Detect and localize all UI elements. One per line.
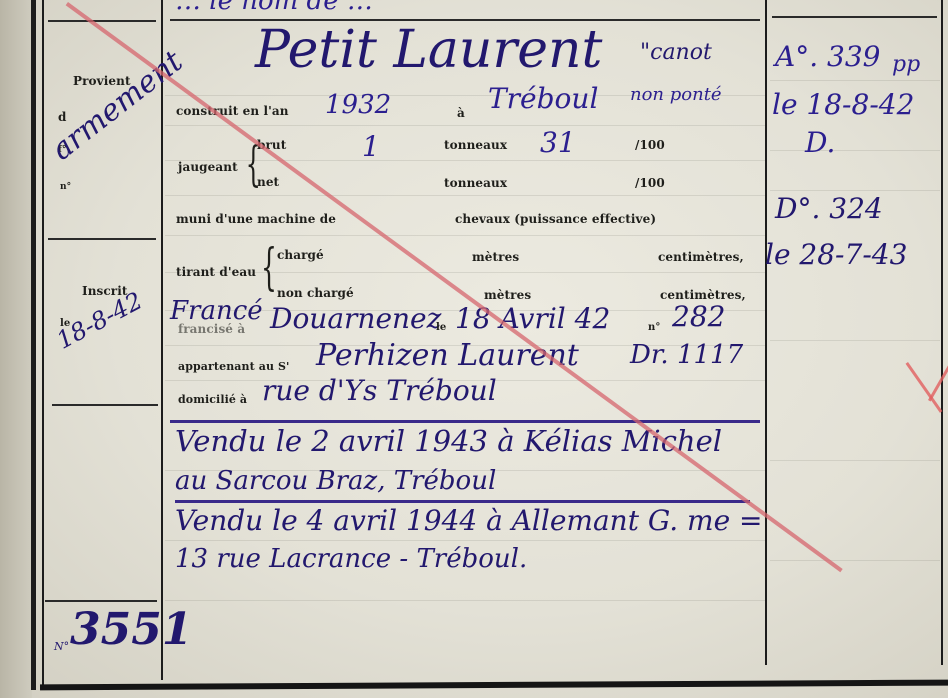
vessel-name: Petit Laurent [255, 20, 602, 80]
right-entry-2-line-1: D°. 324 [775, 192, 883, 225]
brut-fraction: 31 [540, 126, 576, 159]
page-bottom-edge [40, 680, 948, 691]
column-divider [765, 0, 767, 665]
non-charge-metres-label: mètres [484, 288, 531, 302]
francise-no: 282 [672, 300, 725, 333]
francise-no-label: n° [648, 322, 660, 333]
ruled-line [165, 195, 765, 196]
right-entry-1-suffix: pp [892, 52, 920, 77]
ruled-line [770, 80, 940, 81]
registry-page: … le nom de … Provient d f° n° armement … [0, 0, 948, 698]
column-divider [941, 0, 943, 665]
net-tonneaux-label: tonneaux [444, 176, 507, 190]
ruled-line [165, 235, 765, 236]
ruled-line [165, 600, 765, 601]
row-divider [52, 404, 158, 406]
francise-stamp: Francé [170, 296, 263, 326]
construit-place: Tréboul [488, 82, 598, 115]
provient-d-label: d [58, 110, 67, 124]
top-strip-text: … le nom de … [175, 0, 373, 16]
right-entry-1-line-3: D. [805, 126, 835, 159]
ruled-line [770, 190, 940, 191]
provient-value: armement [45, 44, 189, 168]
provient-n-label: n° [60, 182, 71, 192]
annotation-sale-1: Vendu le 2 avril 1943 à Kélias Michel [175, 424, 722, 458]
ruled-line [770, 340, 940, 341]
row-divider [48, 20, 156, 22]
net-label: net [257, 175, 279, 189]
annotation-sale-2: Vendu le 4 avril 1944 à Allemant G. me = [175, 504, 763, 537]
charge-centimetres-label: centimètres, [658, 250, 744, 264]
registry-number: 3551 [70, 604, 192, 655]
domicilie-label: domicilié à [178, 393, 247, 406]
brut-value: 1 [362, 130, 380, 163]
annotation-sale-2-address: 13 rue Lacrance - Tréboul. [175, 544, 527, 574]
machine-label: muni d'une machine de [176, 212, 336, 226]
red-x-mark [928, 348, 948, 401]
net-per100: /100 [635, 176, 665, 190]
appartenant-label: appartenant au S' [178, 360, 290, 373]
ink-rule [170, 420, 760, 423]
ruled-line [770, 150, 940, 151]
brace: { [261, 238, 277, 296]
ruled-line [770, 560, 940, 561]
francise-place: Douarnenez [270, 302, 441, 335]
construit-a-label: à [457, 106, 465, 120]
row-divider [772, 16, 937, 18]
column-divider [161, 0, 163, 680]
charge-label: chargé [277, 248, 324, 262]
page-margin [0, 0, 32, 698]
owner-ref: Dr. 1117 [630, 340, 743, 370]
brut-per100: /100 [635, 138, 665, 152]
annotation-sale-1-address: au Sarcou Braz, Tréboul [175, 466, 496, 496]
right-entry-1-line-1: A°. 339 [775, 40, 880, 73]
vessel-type-note: "canot [640, 40, 712, 65]
registry-number-prefix: N° [54, 640, 69, 653]
charge-metres-label: mètres [472, 250, 519, 264]
outer-border [31, 0, 36, 690]
owner-name: Perhizen Laurent [316, 338, 579, 373]
chevaux-label: chevaux (puissance effective) [455, 212, 656, 226]
deck-note: non ponté [630, 84, 722, 105]
ruled-line [770, 460, 940, 461]
brut-tonneaux-label: tonneaux [444, 138, 507, 152]
domicile: rue d'Ys Tréboul [262, 374, 497, 407]
francise-le-label: le [436, 322, 446, 333]
ink-rule [175, 500, 750, 503]
row-divider [48, 238, 156, 240]
ruled-line [165, 540, 765, 541]
right-entry-1-line-2: le 18-8-42 [772, 88, 914, 121]
inner-border [42, 0, 44, 690]
tirant-label: tirant d'eau [176, 265, 256, 279]
non-charge-label: non chargé [277, 286, 354, 300]
construit-year: 1932 [325, 90, 391, 120]
row-divider [45, 600, 157, 602]
construit-label: construit en l'an [176, 104, 289, 118]
jaugeant-label: jaugeant [178, 160, 238, 174]
right-entry-2-line-2: le 28-7-43 [765, 238, 907, 271]
ruled-line [165, 125, 765, 126]
